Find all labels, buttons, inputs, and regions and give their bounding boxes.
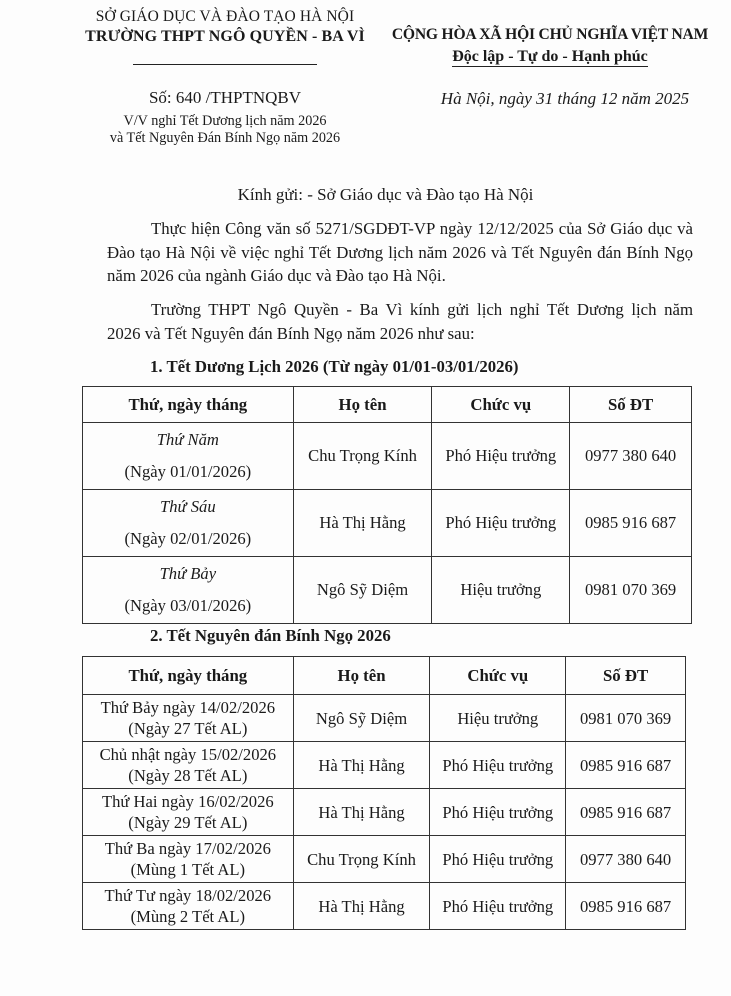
paragraph-line: Trường THPT Ngô Quyền - Ba Vì kính gửi l… bbox=[107, 298, 693, 322]
subject-line-1: V/V nghỉ Tết Dương lịch năm 2026 bbox=[80, 113, 370, 130]
weekday: Thứ Sáu bbox=[83, 497, 293, 517]
phone-cell: 0981 070 369 bbox=[570, 557, 692, 624]
position-cell: Hiệu trưởng bbox=[430, 695, 566, 742]
paragraph-line: năm 2026 của ngành Giáo dục và Đào tạo H… bbox=[107, 264, 693, 288]
lunar-new-year-duty-table: Thứ, ngày tháng Họ tên Chức vụ Số ĐT Thứ… bbox=[82, 656, 686, 930]
body-paragraph-1: Thực hiện Công văn số 5271/SGDĐT-VP ngày… bbox=[107, 217, 693, 288]
name-cell: Hà Thị Hằng bbox=[293, 789, 430, 836]
name-cell: Hà Thị Hằng bbox=[293, 742, 430, 789]
position-cell: Phó Hiệu trưởng bbox=[430, 742, 566, 789]
lunar-date: (Ngày 28 Tết AL) bbox=[83, 765, 293, 786]
date: Chủ nhật ngày 15/02/2026 bbox=[83, 744, 293, 765]
paragraph-line: Thực hiện Công văn số 5271/SGDĐT-VP ngày… bbox=[107, 217, 693, 241]
column-header-phone: Số ĐT bbox=[566, 657, 686, 695]
phone-cell: 0985 916 687 bbox=[570, 490, 692, 557]
header-divider bbox=[133, 64, 317, 65]
table-row: Chủ nhật ngày 15/02/2026(Ngày 28 Tết AL)… bbox=[83, 742, 686, 789]
column-header-name: Họ tên bbox=[293, 657, 430, 695]
national-title: CỘNG HÒA XÃ HỘI CHỦ NGHĨA VIỆT NAM bbox=[372, 26, 728, 44]
recipient: Kính gửi: - Sở Giáo dục và Đào tạo Hà Nộ… bbox=[0, 185, 731, 205]
table-row: Thứ Ba ngày 17/02/2026(Mùng 1 Tết AL) Ch… bbox=[83, 836, 686, 883]
phone-cell: 0985 916 687 bbox=[566, 883, 686, 930]
weekday: Thứ Năm bbox=[83, 430, 293, 450]
date-cell: Thứ Hai ngày 16/02/2026(Ngày 29 Tết AL) bbox=[83, 789, 294, 836]
position-cell: Hiệu trưởng bbox=[432, 557, 570, 624]
table-header-row: Thứ, ngày tháng Họ tên Chức vụ Số ĐT bbox=[83, 387, 692, 423]
position-cell: Phó Hiệu trưởng bbox=[430, 883, 566, 930]
section-2-title: 2. Tết Nguyên đán Bính Ngọ 2026 bbox=[150, 626, 391, 646]
table-row: Thứ Bảy ngày 14/02/2026(Ngày 27 Tết AL) … bbox=[83, 695, 686, 742]
date-cell: Thứ Bảy ngày 14/02/2026(Ngày 27 Tết AL) bbox=[83, 695, 294, 742]
phone-cell: 0977 380 640 bbox=[566, 836, 686, 883]
paragraph-line: Đào tạo Hà Nội về việc nghỉ Tết Dương lị… bbox=[107, 241, 693, 265]
school-name: TRƯỜNG THPT NGÔ QUYỀN - BA VÌ bbox=[80, 28, 370, 46]
section-1-title: 1. Tết Dương Lịch 2026 (Từ ngày 01/01-03… bbox=[150, 357, 519, 377]
table-row: Thứ Bảy(Ngày 03/01/2026) Ngô Sỹ Diệm Hiệ… bbox=[83, 557, 692, 624]
lunar-date: (Ngày 29 Tết AL) bbox=[83, 812, 293, 833]
document-number: Số: 640 /THPTNQBV bbox=[80, 88, 370, 108]
date: (Ngày 03/01/2026) bbox=[83, 596, 293, 616]
date-cell: Chủ nhật ngày 15/02/2026(Ngày 28 Tết AL) bbox=[83, 742, 294, 789]
table-row: Thứ Hai ngày 16/02/2026(Ngày 29 Tết AL) … bbox=[83, 789, 686, 836]
agency-name: SỞ GIÁO DỤC VÀ ĐÀO TẠO HÀ NỘI bbox=[80, 8, 370, 26]
motto-text: Độc lập - Tự do - Hạnh phúc bbox=[452, 48, 648, 67]
date-cell: Thứ Tư ngày 18/02/2026(Mùng 2 Tết AL) bbox=[83, 883, 294, 930]
column-header-name: Họ tên bbox=[293, 387, 432, 423]
national-motto: Độc lập - Tự do - Hạnh phúc bbox=[372, 48, 728, 66]
date: (Ngày 02/01/2026) bbox=[83, 529, 293, 549]
position-cell: Phó Hiệu trưởng bbox=[430, 789, 566, 836]
date-cell: Thứ Sáu(Ngày 02/01/2026) bbox=[83, 490, 294, 557]
date: Thứ Tư ngày 18/02/2026 bbox=[83, 885, 293, 906]
phone-cell: 0981 070 369 bbox=[566, 695, 686, 742]
date-cell: Thứ Ba ngày 17/02/2026(Mùng 1 Tết AL) bbox=[83, 836, 294, 883]
phone-cell: 0985 916 687 bbox=[566, 742, 686, 789]
new-year-duty-table: Thứ, ngày tháng Họ tên Chức vụ Số ĐT Thứ… bbox=[82, 386, 692, 624]
name-cell: Chu Trọng Kính bbox=[293, 836, 430, 883]
column-header-position: Chức vụ bbox=[432, 387, 570, 423]
name-cell: Ngô Sỹ Diệm bbox=[293, 557, 432, 624]
date-cell: Thứ Năm(Ngày 01/01/2026) bbox=[83, 423, 294, 490]
position-cell: Phó Hiệu trưởng bbox=[432, 490, 570, 557]
weekday: Thứ Bảy bbox=[83, 564, 293, 584]
table-row: Thứ Sáu(Ngày 02/01/2026) Hà Thị Hằng Phó… bbox=[83, 490, 692, 557]
body-paragraph-2: Trường THPT Ngô Quyền - Ba Vì kính gửi l… bbox=[107, 298, 693, 345]
date: Thứ Bảy ngày 14/02/2026 bbox=[83, 697, 293, 718]
table-row: Thứ Tư ngày 18/02/2026(Mùng 2 Tết AL) Hà… bbox=[83, 883, 686, 930]
subject-line-2: và Tết Nguyên Đán Bính Ngọ năm 2026 bbox=[80, 130, 370, 147]
date: (Ngày 01/01/2026) bbox=[83, 462, 293, 482]
date-cell: Thứ Bảy(Ngày 03/01/2026) bbox=[83, 557, 294, 624]
place-date: Hà Nội, ngày 31 tháng 12 năm 2025 bbox=[372, 89, 728, 109]
name-cell: Ngô Sỹ Diệm bbox=[293, 695, 430, 742]
date: Thứ Ba ngày 17/02/2026 bbox=[83, 838, 293, 859]
lunar-date: (Mùng 1 Tết AL) bbox=[83, 859, 293, 880]
column-header-date: Thứ, ngày tháng bbox=[83, 387, 294, 423]
name-cell: Hà Thị Hằng bbox=[293, 490, 432, 557]
position-cell: Phó Hiệu trưởng bbox=[430, 836, 566, 883]
column-header-date: Thứ, ngày tháng bbox=[83, 657, 294, 695]
position-cell: Phó Hiệu trưởng bbox=[432, 423, 570, 490]
table-row: Thứ Năm(Ngày 01/01/2026) Chu Trọng Kính … bbox=[83, 423, 692, 490]
name-cell: Chu Trọng Kính bbox=[293, 423, 432, 490]
column-header-phone: Số ĐT bbox=[570, 387, 692, 423]
column-header-position: Chức vụ bbox=[430, 657, 566, 695]
table-header-row: Thứ, ngày tháng Họ tên Chức vụ Số ĐT bbox=[83, 657, 686, 695]
lunar-date: (Mùng 2 Tết AL) bbox=[83, 906, 293, 927]
date: Thứ Hai ngày 16/02/2026 bbox=[83, 791, 293, 812]
lunar-date: (Ngày 27 Tết AL) bbox=[83, 718, 293, 739]
phone-cell: 0985 916 687 bbox=[566, 789, 686, 836]
phone-cell: 0977 380 640 bbox=[570, 423, 692, 490]
paragraph-line: 2026 và Tết Nguyên đán Bính Ngọ năm 2026… bbox=[107, 322, 693, 346]
name-cell: Hà Thị Hằng bbox=[293, 883, 430, 930]
